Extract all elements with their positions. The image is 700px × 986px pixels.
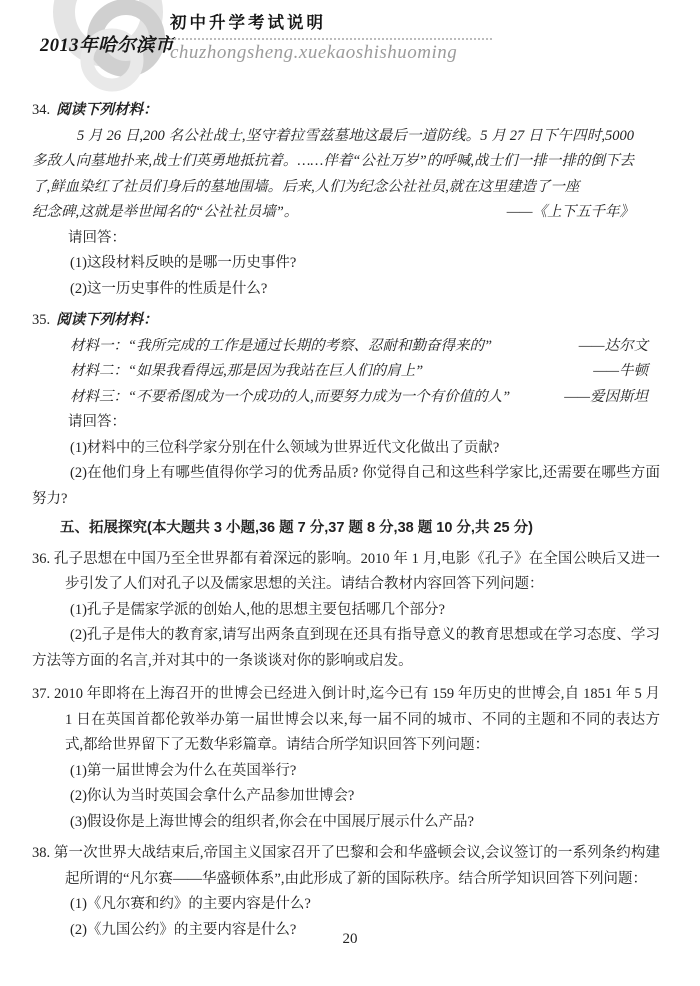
question-37-stem: 37. 2010 年即将在上海召开的世博会已经进入倒计时,迄今已有 159 年历… bbox=[32, 682, 660, 759]
question-number: 36. bbox=[32, 551, 50, 567]
question-34-sub-1: (1)这段材料反映的是哪一历史事件? bbox=[32, 251, 660, 277]
question-heading-label: 阅读下列材料： bbox=[56, 102, 158, 118]
question-34-material: 5 月 26 日,200 名公社战士,坚守着拉雪兹墓地这最后一道防线。5 月 2… bbox=[32, 124, 634, 201]
page-header: 2013年哈尔滨市 初中升学考试说明 chuzhongsheng.xuekaos… bbox=[0, 0, 700, 88]
question-number: 35. bbox=[32, 312, 50, 328]
header-title-block: 初中升学考试说明 chuzhongsheng.xuekaoshishuoming bbox=[170, 9, 492, 64]
material-source: ——达尔文 bbox=[579, 334, 648, 360]
question-37-sub-2: (2)你认为当时英国会拿什么产品参加世博会? bbox=[32, 784, 660, 810]
question-35-heading: 35.阅读下列材料： bbox=[32, 308, 660, 334]
question-heading-label: 阅读下列材料： bbox=[56, 312, 158, 328]
material-source: ——牛顿 bbox=[593, 359, 648, 385]
page-number: 20 bbox=[0, 931, 700, 948]
question-37: 37. 2010 年即将在上海召开的世博会已经进入倒计时,迄今已有 159 年历… bbox=[32, 682, 660, 835]
question-35: 35.阅读下列材料： 材料一：“我所完成的工作是通过长期的考察、忍耐和勤奋得来的… bbox=[32, 308, 660, 512]
dotted-divider bbox=[170, 38, 492, 40]
edition-label: 2013年哈尔滨市 bbox=[40, 31, 174, 57]
answer-call: 请回答： bbox=[32, 226, 660, 252]
question-36-stem: 36. 孔子思想在中国乃至全世界都有着深远的影响。2010 年 1 月,电影《孔… bbox=[32, 547, 660, 598]
question-number: 37. bbox=[32, 686, 50, 702]
question-stem-text: 孔子思想在中国乃至全世界都有着深远的影响。2010 年 1 月,电影《孔子》在全… bbox=[54, 551, 660, 593]
question-38: 38. 第一次世界大战结束后,帝国主义国家召开了巴黎和会和华盛顿会议,会议签订的… bbox=[32, 841, 660, 943]
material-text: 材料二：“如果我看得远,那是因为我站在巨人们的肩上” bbox=[70, 359, 423, 385]
material-text: 材料三：“不要希图成为一个成功的人,而要努力成为一个有价值的人” bbox=[70, 385, 510, 411]
question-36: 36. 孔子思想在中国乃至全世界都有着深远的影响。2010 年 1 月,电影《孔… bbox=[32, 547, 660, 675]
material-source: ——爱因斯坦 bbox=[564, 385, 648, 411]
question-38-stem: 38. 第一次世界大战结束后,帝国主义国家召开了巴黎和会和华盛顿会议,会议签订的… bbox=[32, 841, 660, 892]
section-5-heading: 五、拓展探究(本大题共 3 小题,36 题 7 分,37 题 8 分,38 题 … bbox=[32, 516, 660, 542]
question-number: 38. bbox=[32, 845, 50, 861]
question-34: 34.阅读下列材料： 5 月 26 日,200 名公社战士,坚守着拉雪兹墓地这最… bbox=[32, 98, 660, 302]
material-row-3: 材料三：“不要希图成为一个成功的人,而要努力成为一个有价值的人” ——爱因斯坦 bbox=[32, 385, 648, 411]
question-34-heading: 34.阅读下列材料： bbox=[32, 98, 660, 124]
question-34-material-tail: 纪念碑,这就是举世闻名的“公社社员墙”。 ——《上下五千年》 bbox=[32, 200, 634, 226]
answer-call: 请回答： bbox=[32, 410, 660, 436]
page-title: 初中升学考试说明 bbox=[170, 9, 492, 33]
material-row-1: 材料一：“我所完成的工作是通过长期的考察、忍耐和勤奋得来的” ——达尔文 bbox=[32, 334, 648, 360]
question-37-sub-3: (3)假设你是上海世博会的组织者,你会在中国展厅展示什么产品? bbox=[32, 810, 660, 836]
question-stem-text: 2010 年即将在上海召开的世博会已经进入倒计时,迄今已有 159 年历史的世博… bbox=[54, 686, 660, 753]
title-pinyin: chuzhongsheng.xuekaoshishuoming bbox=[170, 42, 492, 64]
question-35-sub-2: (2)在他们身上有哪些值得你学习的优秀品质? 你觉得自己和这些科学家比,还需要在… bbox=[32, 461, 660, 512]
material-source: ——《上下五千年》 bbox=[507, 200, 634, 226]
question-37-sub-1: (1)第一届世博会为什么在英国举行? bbox=[32, 759, 660, 785]
question-number: 34. bbox=[32, 102, 50, 118]
material-text: 材料一：“我所完成的工作是通过长期的考察、忍耐和勤奋得来的” bbox=[70, 334, 492, 360]
question-36-sub-2: (2)孔子是伟大的教育家,请写出两条直到现在还具有指导意义的教育思想或在学习态度… bbox=[32, 623, 660, 674]
question-36-sub-1: (1)孔子是儒家学派的创始人,他的思想主要包括哪几个部分? bbox=[32, 598, 660, 624]
question-stem-text: 第一次世界大战结束后,帝国主义国家召开了巴黎和会和华盛顿会议,会议签订的一系列条… bbox=[54, 845, 660, 887]
material-row-2: 材料二：“如果我看得远,那是因为我站在巨人们的肩上” ——牛顿 bbox=[32, 359, 648, 385]
question-35-sub-1: (1)材料中的三位科学家分别在什么领域为世界近代文化做出了贡献? bbox=[32, 436, 660, 462]
question-38-sub-1: (1)《凡尔赛和约》的主要内容是什么? bbox=[32, 892, 660, 918]
material-tail-text: 纪念碑,这就是举世闻名的“公社社员墙”。 bbox=[32, 200, 298, 226]
exam-page: 2013年哈尔滨市 初中升学考试说明 chuzhongsheng.xuekaos… bbox=[0, 0, 700, 986]
exam-content: 34.阅读下列材料： 5 月 26 日,200 名公社战士,坚守着拉雪兹墓地这最… bbox=[0, 88, 700, 943]
question-34-sub-2: (2)这一历史事件的性质是什么? bbox=[32, 277, 660, 303]
